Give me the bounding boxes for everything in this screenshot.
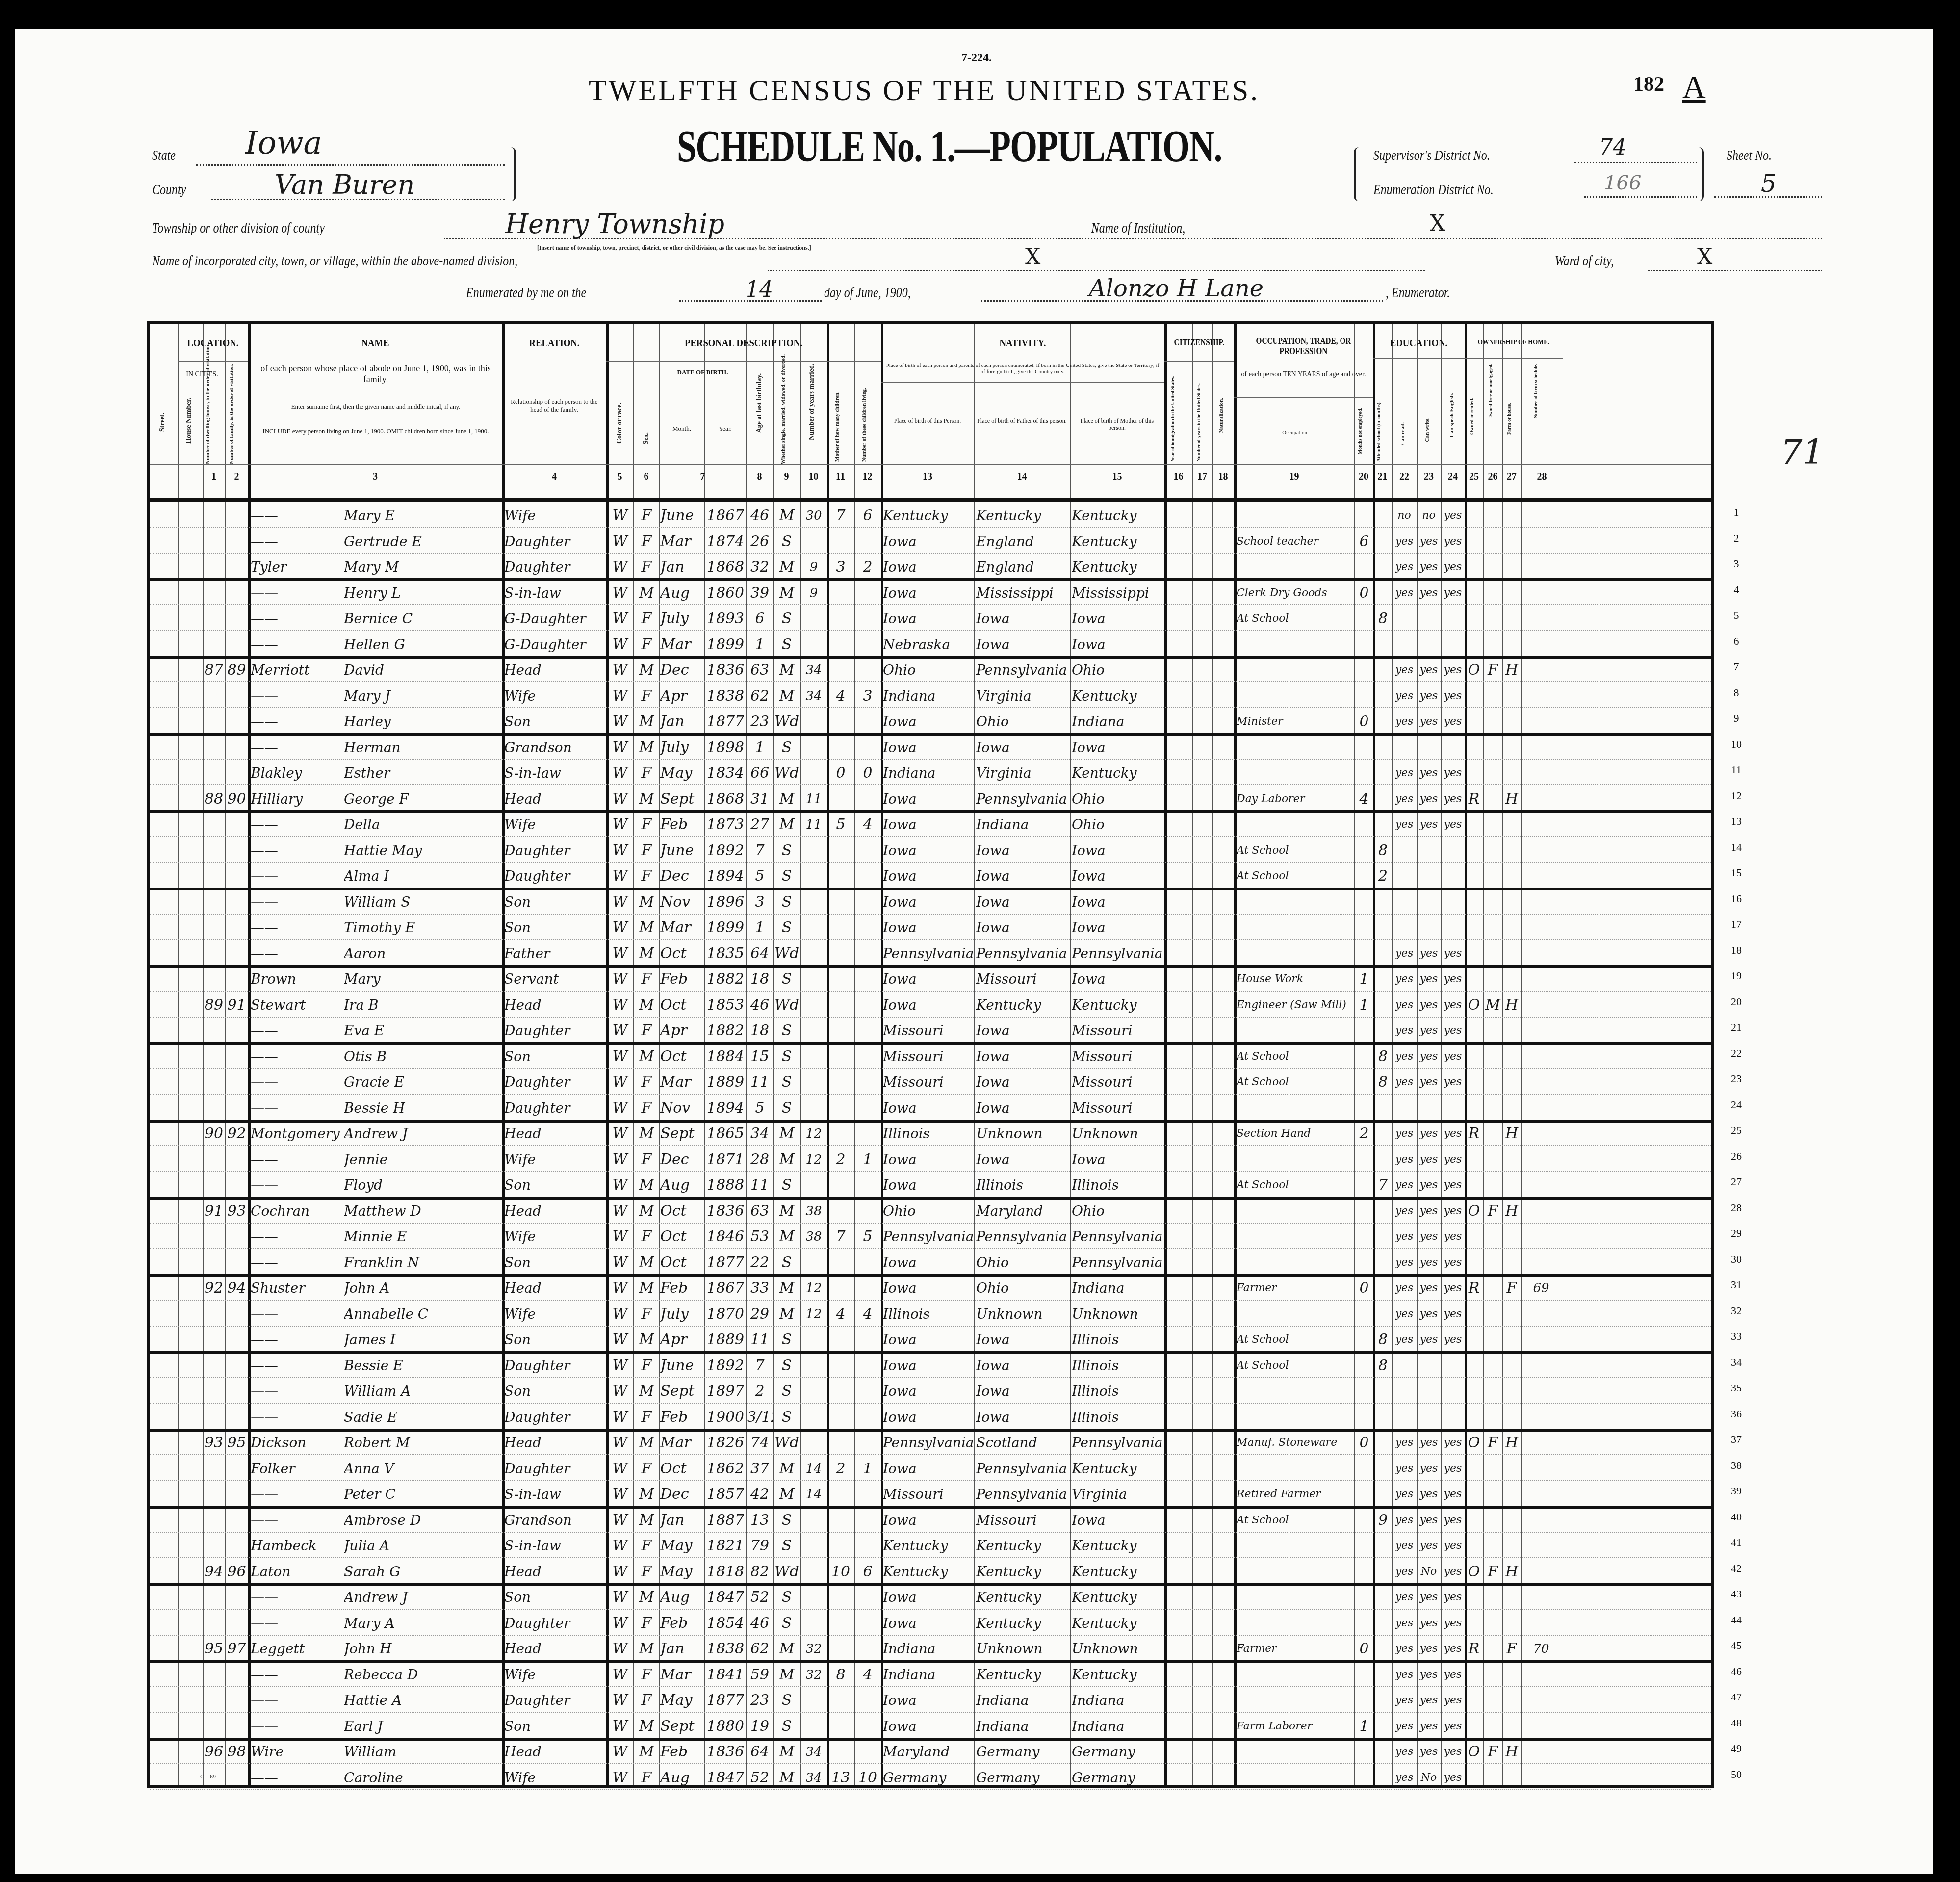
occupation bbox=[1237, 1587, 1354, 1608]
dwelling-number bbox=[203, 1252, 225, 1274]
surname: Brown bbox=[251, 968, 344, 990]
vh-marital: Whether single, married, widowed, or div… bbox=[780, 361, 786, 464]
mother-of-children bbox=[828, 994, 853, 1016]
color: W bbox=[607, 582, 633, 604]
birth-year: 1877 bbox=[705, 1252, 746, 1274]
mother-of-children bbox=[828, 1716, 853, 1737]
dwelling-number: 94 bbox=[203, 1561, 225, 1583]
sex: F bbox=[634, 1561, 659, 1583]
marital-status: M bbox=[774, 1664, 799, 1686]
farm-schedule-number bbox=[1522, 1072, 1561, 1093]
dwelling-number bbox=[203, 1149, 225, 1171]
supervisor-value: 74 bbox=[1599, 135, 1626, 160]
birth-month: June bbox=[660, 840, 704, 862]
farm-or-house bbox=[1503, 917, 1521, 939]
sex: F bbox=[634, 1072, 659, 1093]
farm-or-house bbox=[1503, 505, 1521, 526]
school-months bbox=[1374, 531, 1392, 552]
farm-or-house bbox=[1503, 1458, 1521, 1480]
owned-or-rented bbox=[1465, 1407, 1483, 1428]
given-name: Annabelle C bbox=[344, 1304, 501, 1325]
can-speak-english: yes bbox=[1442, 1716, 1464, 1737]
relation: Wife bbox=[504, 1149, 605, 1171]
occupation bbox=[1237, 1381, 1354, 1402]
farm-or-house: H bbox=[1503, 1741, 1521, 1763]
relation: Head bbox=[504, 1432, 605, 1454]
can-read bbox=[1393, 1355, 1416, 1377]
relation: S-in-law bbox=[504, 762, 605, 784]
farm-schedule-number bbox=[1522, 994, 1561, 1016]
family-number bbox=[225, 865, 248, 887]
surname: Merriott bbox=[251, 659, 344, 681]
given-name: William bbox=[344, 1741, 501, 1763]
header-occupation: OCCUPATION, TRADE, OR PROFESSION bbox=[1244, 324, 1363, 368]
page-number: 182 bbox=[1633, 73, 1664, 96]
birthplace-father: Missouri bbox=[976, 1510, 1069, 1531]
table-row: ——FloydSonWMAug188811SIowaIllinoisIllino… bbox=[150, 1172, 1711, 1200]
mother-of-children: 10 bbox=[828, 1561, 853, 1583]
family-number bbox=[225, 634, 248, 655]
surname: —— bbox=[251, 1484, 344, 1505]
owned-free-mortgaged bbox=[1484, 685, 1502, 707]
can-write: yes bbox=[1417, 762, 1441, 784]
marital-status: M bbox=[774, 505, 799, 526]
years-married: 34 bbox=[801, 685, 826, 707]
years-married bbox=[801, 1561, 826, 1583]
owned-free-mortgaged bbox=[1484, 762, 1502, 784]
column-number: 27 bbox=[1502, 471, 1521, 483]
birth-year: 1867 bbox=[705, 1278, 746, 1299]
owned-or-rented bbox=[1465, 737, 1483, 758]
family-number bbox=[225, 891, 248, 913]
farm-schedule-number bbox=[1522, 1149, 1561, 1171]
can-speak-english: yes bbox=[1442, 1484, 1464, 1505]
years-married: 12 bbox=[801, 1123, 826, 1145]
can-read: yes bbox=[1393, 1638, 1416, 1660]
age: 2 bbox=[747, 1381, 773, 1402]
birthplace-father: Kentucky bbox=[976, 1587, 1069, 1608]
can-read bbox=[1393, 1407, 1416, 1428]
can-speak-english bbox=[1442, 917, 1464, 939]
given-name: Floyd bbox=[344, 1175, 501, 1196]
surname: —— bbox=[251, 1175, 344, 1196]
age: 53 bbox=[747, 1226, 773, 1248]
children-living bbox=[855, 711, 880, 732]
birthplace-person: Iowa bbox=[883, 968, 974, 990]
birthplace-father: Kentucky bbox=[976, 994, 1069, 1016]
school-months bbox=[1374, 1252, 1392, 1274]
can-write: yes bbox=[1417, 1020, 1441, 1042]
farm-or-house bbox=[1503, 1020, 1521, 1042]
surname: —— bbox=[251, 891, 344, 913]
owned-or-rented bbox=[1465, 1098, 1483, 1119]
sex: M bbox=[634, 737, 659, 758]
relation: Daughter bbox=[504, 1355, 605, 1377]
age: 22 bbox=[747, 1252, 773, 1274]
farm-schedule-number bbox=[1522, 814, 1561, 836]
surname: —— bbox=[251, 917, 344, 939]
given-name: Mary E bbox=[344, 505, 501, 526]
sex: M bbox=[634, 1123, 659, 1145]
table-row: 8991StewartIra BHeadWMOct185346WdIowaKen… bbox=[150, 992, 1711, 1018]
mother-of-children bbox=[828, 1201, 853, 1222]
relation: Father bbox=[504, 943, 605, 965]
birth-month: Mar bbox=[660, 1072, 704, 1093]
color: W bbox=[607, 1304, 633, 1325]
given-name: Alma I bbox=[344, 865, 501, 887]
mother-of-children bbox=[828, 1329, 853, 1351]
school-months bbox=[1374, 891, 1392, 913]
farm-or-house: H bbox=[1503, 1432, 1521, 1454]
birth-year: 1836 bbox=[705, 1741, 746, 1763]
can-write: yes bbox=[1417, 1201, 1441, 1222]
table-row: ——Franklin NSonWMOct187722SIowaOhioPenns… bbox=[150, 1249, 1711, 1277]
given-name: William A bbox=[344, 1381, 501, 1402]
farm-schedule-number bbox=[1522, 659, 1561, 681]
can-write: yes bbox=[1417, 556, 1441, 578]
surname: —— bbox=[251, 634, 344, 655]
color: W bbox=[607, 814, 633, 836]
relation: Head bbox=[504, 1123, 605, 1145]
dwelling-number bbox=[203, 505, 225, 526]
sex: M bbox=[634, 1638, 659, 1660]
birth-month: May bbox=[660, 1561, 704, 1583]
birthplace-mother: Iowa bbox=[1072, 917, 1164, 939]
months-unemployed: 0 bbox=[1355, 1638, 1373, 1660]
occupation bbox=[1237, 943, 1354, 965]
months-unemployed bbox=[1355, 1072, 1373, 1093]
can-read: yes bbox=[1393, 1664, 1416, 1686]
dwelling-number bbox=[203, 608, 225, 629]
sex: F bbox=[634, 1407, 659, 1428]
farm-schedule-number bbox=[1522, 1252, 1561, 1274]
farm-or-house: H bbox=[1503, 1201, 1521, 1222]
relation: Son bbox=[504, 1046, 605, 1068]
given-name: Della bbox=[344, 814, 501, 836]
owned-free-mortgaged bbox=[1484, 1020, 1502, 1042]
occupation bbox=[1237, 814, 1354, 836]
farm-schedule-number bbox=[1522, 840, 1561, 862]
owned-or-rented bbox=[1465, 840, 1483, 862]
table-row: 9496LatonSarah GHeadWFMay181882Wd106Kent… bbox=[150, 1558, 1711, 1586]
marital-status: M bbox=[774, 1123, 799, 1145]
owned-or-rented bbox=[1465, 1020, 1483, 1042]
mother-of-children bbox=[828, 1072, 853, 1093]
farm-schedule-number: 70 bbox=[1522, 1638, 1561, 1660]
school-months bbox=[1374, 1201, 1392, 1222]
owned-free-mortgaged bbox=[1484, 1587, 1502, 1608]
vh-owned-free: Owned free or mortgaged. bbox=[1488, 364, 1494, 418]
given-name: Hattie A bbox=[344, 1690, 501, 1711]
farm-or-house: H bbox=[1503, 1123, 1521, 1145]
can-write: yes bbox=[1417, 1484, 1441, 1505]
line-number: 13 bbox=[1727, 815, 1746, 828]
birth-year: 1847 bbox=[705, 1587, 746, 1608]
sex: F bbox=[634, 1664, 659, 1686]
dwelling-number bbox=[203, 1226, 225, 1248]
owned-or-rented: O bbox=[1465, 1201, 1483, 1222]
birthplace-mother: Kentucky bbox=[1072, 1561, 1164, 1583]
relation: Head bbox=[504, 1561, 605, 1583]
children-living bbox=[855, 1510, 880, 1531]
birth-year: 1896 bbox=[705, 891, 746, 913]
occupation: Clerk Dry Goods bbox=[1237, 582, 1354, 604]
surname: —— bbox=[251, 737, 344, 758]
farm-schedule-number bbox=[1522, 1690, 1561, 1711]
schedule-title: SCHEDULE No. 1.—POPULATION. bbox=[677, 120, 1222, 172]
owned-free-mortgaged bbox=[1484, 1638, 1502, 1660]
color: W bbox=[607, 505, 633, 526]
can-read bbox=[1393, 1381, 1416, 1402]
mother-of-children: 2 bbox=[828, 1458, 853, 1480]
children-living: 5 bbox=[855, 1226, 880, 1248]
color: W bbox=[607, 1561, 633, 1583]
farm-or-house bbox=[1503, 737, 1521, 758]
birth-year: 1865 bbox=[705, 1123, 746, 1145]
given-name: Matthew D bbox=[344, 1201, 501, 1222]
owned-free-mortgaged: F bbox=[1484, 659, 1502, 681]
marital-status: S bbox=[774, 968, 799, 990]
line-number: 49 bbox=[1727, 1742, 1746, 1755]
can-write: yes bbox=[1417, 994, 1441, 1016]
farm-schedule-number bbox=[1522, 685, 1561, 707]
birthplace-father: Iowa bbox=[976, 1355, 1069, 1377]
school-months: 8 bbox=[1374, 840, 1392, 862]
name-include-note: INCLUDE every person living on June 1, 1… bbox=[256, 427, 496, 435]
children-living bbox=[855, 1252, 880, 1274]
marital-status: S bbox=[774, 1510, 799, 1531]
children-living bbox=[855, 1098, 880, 1119]
marital-status: M bbox=[774, 1741, 799, 1763]
birthplace-father: Ohio bbox=[976, 1278, 1069, 1299]
given-name: Bessie E bbox=[344, 1355, 501, 1377]
school-months bbox=[1374, 1484, 1392, 1505]
birth-year: 1899 bbox=[705, 917, 746, 939]
school-months bbox=[1374, 659, 1392, 681]
can-write bbox=[1417, 891, 1441, 913]
family-number bbox=[225, 814, 248, 836]
surname: —— bbox=[251, 1613, 344, 1634]
owned-or-rented: O bbox=[1465, 1561, 1483, 1583]
mother-of-children bbox=[828, 865, 853, 887]
school-months bbox=[1374, 1381, 1392, 1402]
birth-year: 1882 bbox=[705, 1020, 746, 1042]
birthplace-father: Iowa bbox=[976, 891, 1069, 913]
line-number: 16 bbox=[1727, 892, 1746, 905]
occupation: School teacher bbox=[1237, 531, 1354, 552]
birthplace-mother: Pennsylvania bbox=[1072, 1432, 1164, 1454]
sex: M bbox=[634, 1510, 659, 1531]
can-read: yes bbox=[1393, 556, 1416, 578]
occupation: At School bbox=[1237, 1510, 1354, 1531]
school-months: 7 bbox=[1374, 1175, 1392, 1196]
color: W bbox=[607, 994, 633, 1016]
age: 46 bbox=[747, 994, 773, 1016]
given-name: James I bbox=[344, 1329, 501, 1351]
birth-year: 1857 bbox=[705, 1484, 746, 1505]
birthplace-mother: Indiana bbox=[1072, 711, 1164, 732]
dwelling-number: 91 bbox=[203, 1201, 225, 1222]
color: W bbox=[607, 685, 633, 707]
mother-of-children: 0 bbox=[828, 762, 853, 784]
dwelling-number bbox=[203, 1716, 225, 1737]
owned-or-rented bbox=[1465, 1252, 1483, 1274]
state-label: State bbox=[152, 147, 176, 164]
owned-free-mortgaged bbox=[1484, 1123, 1502, 1145]
birth-month: May bbox=[660, 1690, 704, 1711]
surname: —— bbox=[251, 1149, 344, 1171]
years-married bbox=[801, 1587, 826, 1608]
farm-schedule-number bbox=[1522, 1484, 1561, 1505]
relation: Daughter bbox=[504, 1690, 605, 1711]
owned-or-rented bbox=[1465, 1046, 1483, 1068]
owned-free-mortgaged bbox=[1484, 1149, 1502, 1171]
years-married: 14 bbox=[801, 1458, 826, 1480]
marital-status: M bbox=[774, 582, 799, 604]
mother-of-children bbox=[828, 1741, 853, 1763]
family-number bbox=[225, 1381, 248, 1402]
years-married: 38 bbox=[801, 1226, 826, 1248]
can-speak-english: yes bbox=[1442, 711, 1464, 732]
age: 64 bbox=[747, 943, 773, 965]
surname: —— bbox=[251, 1381, 344, 1402]
vh-can-write: Can write. bbox=[1424, 418, 1430, 442]
line-number: 5 bbox=[1727, 609, 1746, 622]
months-unemployed bbox=[1355, 1098, 1373, 1119]
years-married bbox=[801, 994, 826, 1016]
school-months bbox=[1374, 1278, 1392, 1299]
farm-or-house bbox=[1503, 891, 1521, 913]
marital-status: S bbox=[774, 840, 799, 862]
occupation bbox=[1237, 1458, 1354, 1480]
line-number: 34 bbox=[1727, 1356, 1746, 1369]
occupation bbox=[1237, 1664, 1354, 1686]
years-married bbox=[801, 943, 826, 965]
farm-or-house bbox=[1503, 531, 1521, 552]
vh-children-living: Number of these children living. bbox=[861, 364, 867, 462]
can-speak-english: yes bbox=[1442, 814, 1464, 836]
can-read: yes bbox=[1393, 994, 1416, 1016]
farm-or-house: H bbox=[1503, 1561, 1521, 1583]
birth-year: 1884 bbox=[705, 1046, 746, 1068]
school-months bbox=[1374, 685, 1392, 707]
birth-month: June bbox=[660, 505, 704, 526]
given-name: Mary bbox=[344, 968, 501, 990]
farm-or-house: H bbox=[1503, 994, 1521, 1016]
months-unemployed bbox=[1355, 505, 1373, 526]
birthplace-person: Iowa bbox=[883, 556, 974, 578]
can-speak-english bbox=[1442, 1098, 1464, 1119]
school-months bbox=[1374, 1613, 1392, 1634]
owned-or-rented: O bbox=[1465, 659, 1483, 681]
dwelling-number bbox=[203, 865, 225, 887]
line-number: 20 bbox=[1727, 995, 1746, 1008]
birthplace-person: Pennsylvania bbox=[883, 1432, 974, 1454]
school-months bbox=[1374, 1304, 1392, 1325]
relation: Son bbox=[504, 891, 605, 913]
mother-of-children bbox=[828, 917, 853, 939]
form-number: 7-224. bbox=[961, 52, 992, 65]
surname: —— bbox=[251, 582, 344, 604]
farm-or-house bbox=[1503, 1587, 1521, 1608]
age: 27 bbox=[747, 814, 773, 836]
months-unemployed bbox=[1355, 1020, 1373, 1042]
can-speak-english: yes bbox=[1442, 1561, 1464, 1583]
family-number bbox=[225, 917, 248, 939]
months-unemployed bbox=[1355, 917, 1373, 939]
months-unemployed: 1 bbox=[1355, 968, 1373, 990]
line-number: 18 bbox=[1727, 944, 1746, 957]
header-nativity: NATIVITY. bbox=[902, 324, 1143, 361]
line-number: 19 bbox=[1727, 969, 1746, 982]
school-months bbox=[1374, 1535, 1392, 1557]
can-speak-english: yes bbox=[1442, 1458, 1464, 1480]
birth-year: 1826 bbox=[705, 1432, 746, 1454]
line-number: 32 bbox=[1727, 1305, 1746, 1317]
birth-month: Oct bbox=[660, 1252, 704, 1274]
line-number: 33 bbox=[1727, 1330, 1746, 1343]
color: W bbox=[607, 1432, 633, 1454]
birthplace-mother: Missouri bbox=[1072, 1072, 1164, 1093]
marital-status: M bbox=[774, 659, 799, 681]
birthplace-father: Kentucky bbox=[976, 1535, 1069, 1557]
given-name: Timothy E bbox=[344, 917, 501, 939]
school-months: 8 bbox=[1374, 1329, 1392, 1351]
can-read: yes bbox=[1393, 1484, 1416, 1505]
relation: S-in-law bbox=[504, 1535, 605, 1557]
color: W bbox=[607, 634, 633, 655]
birthplace-father: Indiana bbox=[976, 814, 1069, 836]
surname: Blakley bbox=[251, 762, 344, 784]
surname: —— bbox=[251, 608, 344, 629]
school-months bbox=[1374, 1690, 1392, 1711]
line-number: 25 bbox=[1727, 1124, 1746, 1137]
date-of-birth-label: DATE OF BIRTH. bbox=[659, 368, 746, 376]
can-read: yes bbox=[1393, 1329, 1416, 1351]
birth-month: Oct bbox=[660, 1226, 704, 1248]
mother-of-children bbox=[828, 840, 853, 862]
occupation: At School bbox=[1237, 865, 1354, 887]
can-read bbox=[1393, 737, 1416, 758]
relation: Daughter bbox=[504, 531, 605, 552]
township-note: [Insert name of township, town, precinct… bbox=[537, 244, 811, 252]
birthplace-mother: Iowa bbox=[1072, 865, 1164, 887]
owned-free-mortgaged bbox=[1484, 711, 1502, 732]
relation: Daughter bbox=[504, 1072, 605, 1093]
vh-house: House Number. bbox=[185, 398, 193, 444]
owned-free-mortgaged bbox=[1484, 1175, 1502, 1196]
birthplace-mother: Iowa bbox=[1072, 1510, 1164, 1531]
birthplace-person: Iowa bbox=[883, 1381, 974, 1402]
owned-or-rented bbox=[1465, 1226, 1483, 1248]
can-write: yes bbox=[1417, 582, 1441, 604]
surname: Hambeck bbox=[251, 1535, 344, 1557]
header-ownership: OWNERSHIP OF HOME. bbox=[1472, 324, 1555, 361]
birthplace-mother: Missouri bbox=[1072, 1020, 1164, 1042]
marital-status: M bbox=[774, 1278, 799, 1299]
given-name: Earl J bbox=[344, 1716, 501, 1737]
relation: Head bbox=[504, 994, 605, 1016]
sex: M bbox=[634, 943, 659, 965]
surname: —— bbox=[251, 1098, 344, 1119]
school-months: 8 bbox=[1374, 1046, 1392, 1068]
color: W bbox=[607, 1201, 633, 1222]
birthplace-person: Missouri bbox=[883, 1072, 974, 1093]
occupation: At School bbox=[1237, 1046, 1354, 1068]
relation: Daughter bbox=[504, 1098, 605, 1119]
can-read: yes bbox=[1393, 1535, 1416, 1557]
mother-of-children bbox=[828, 1046, 853, 1068]
